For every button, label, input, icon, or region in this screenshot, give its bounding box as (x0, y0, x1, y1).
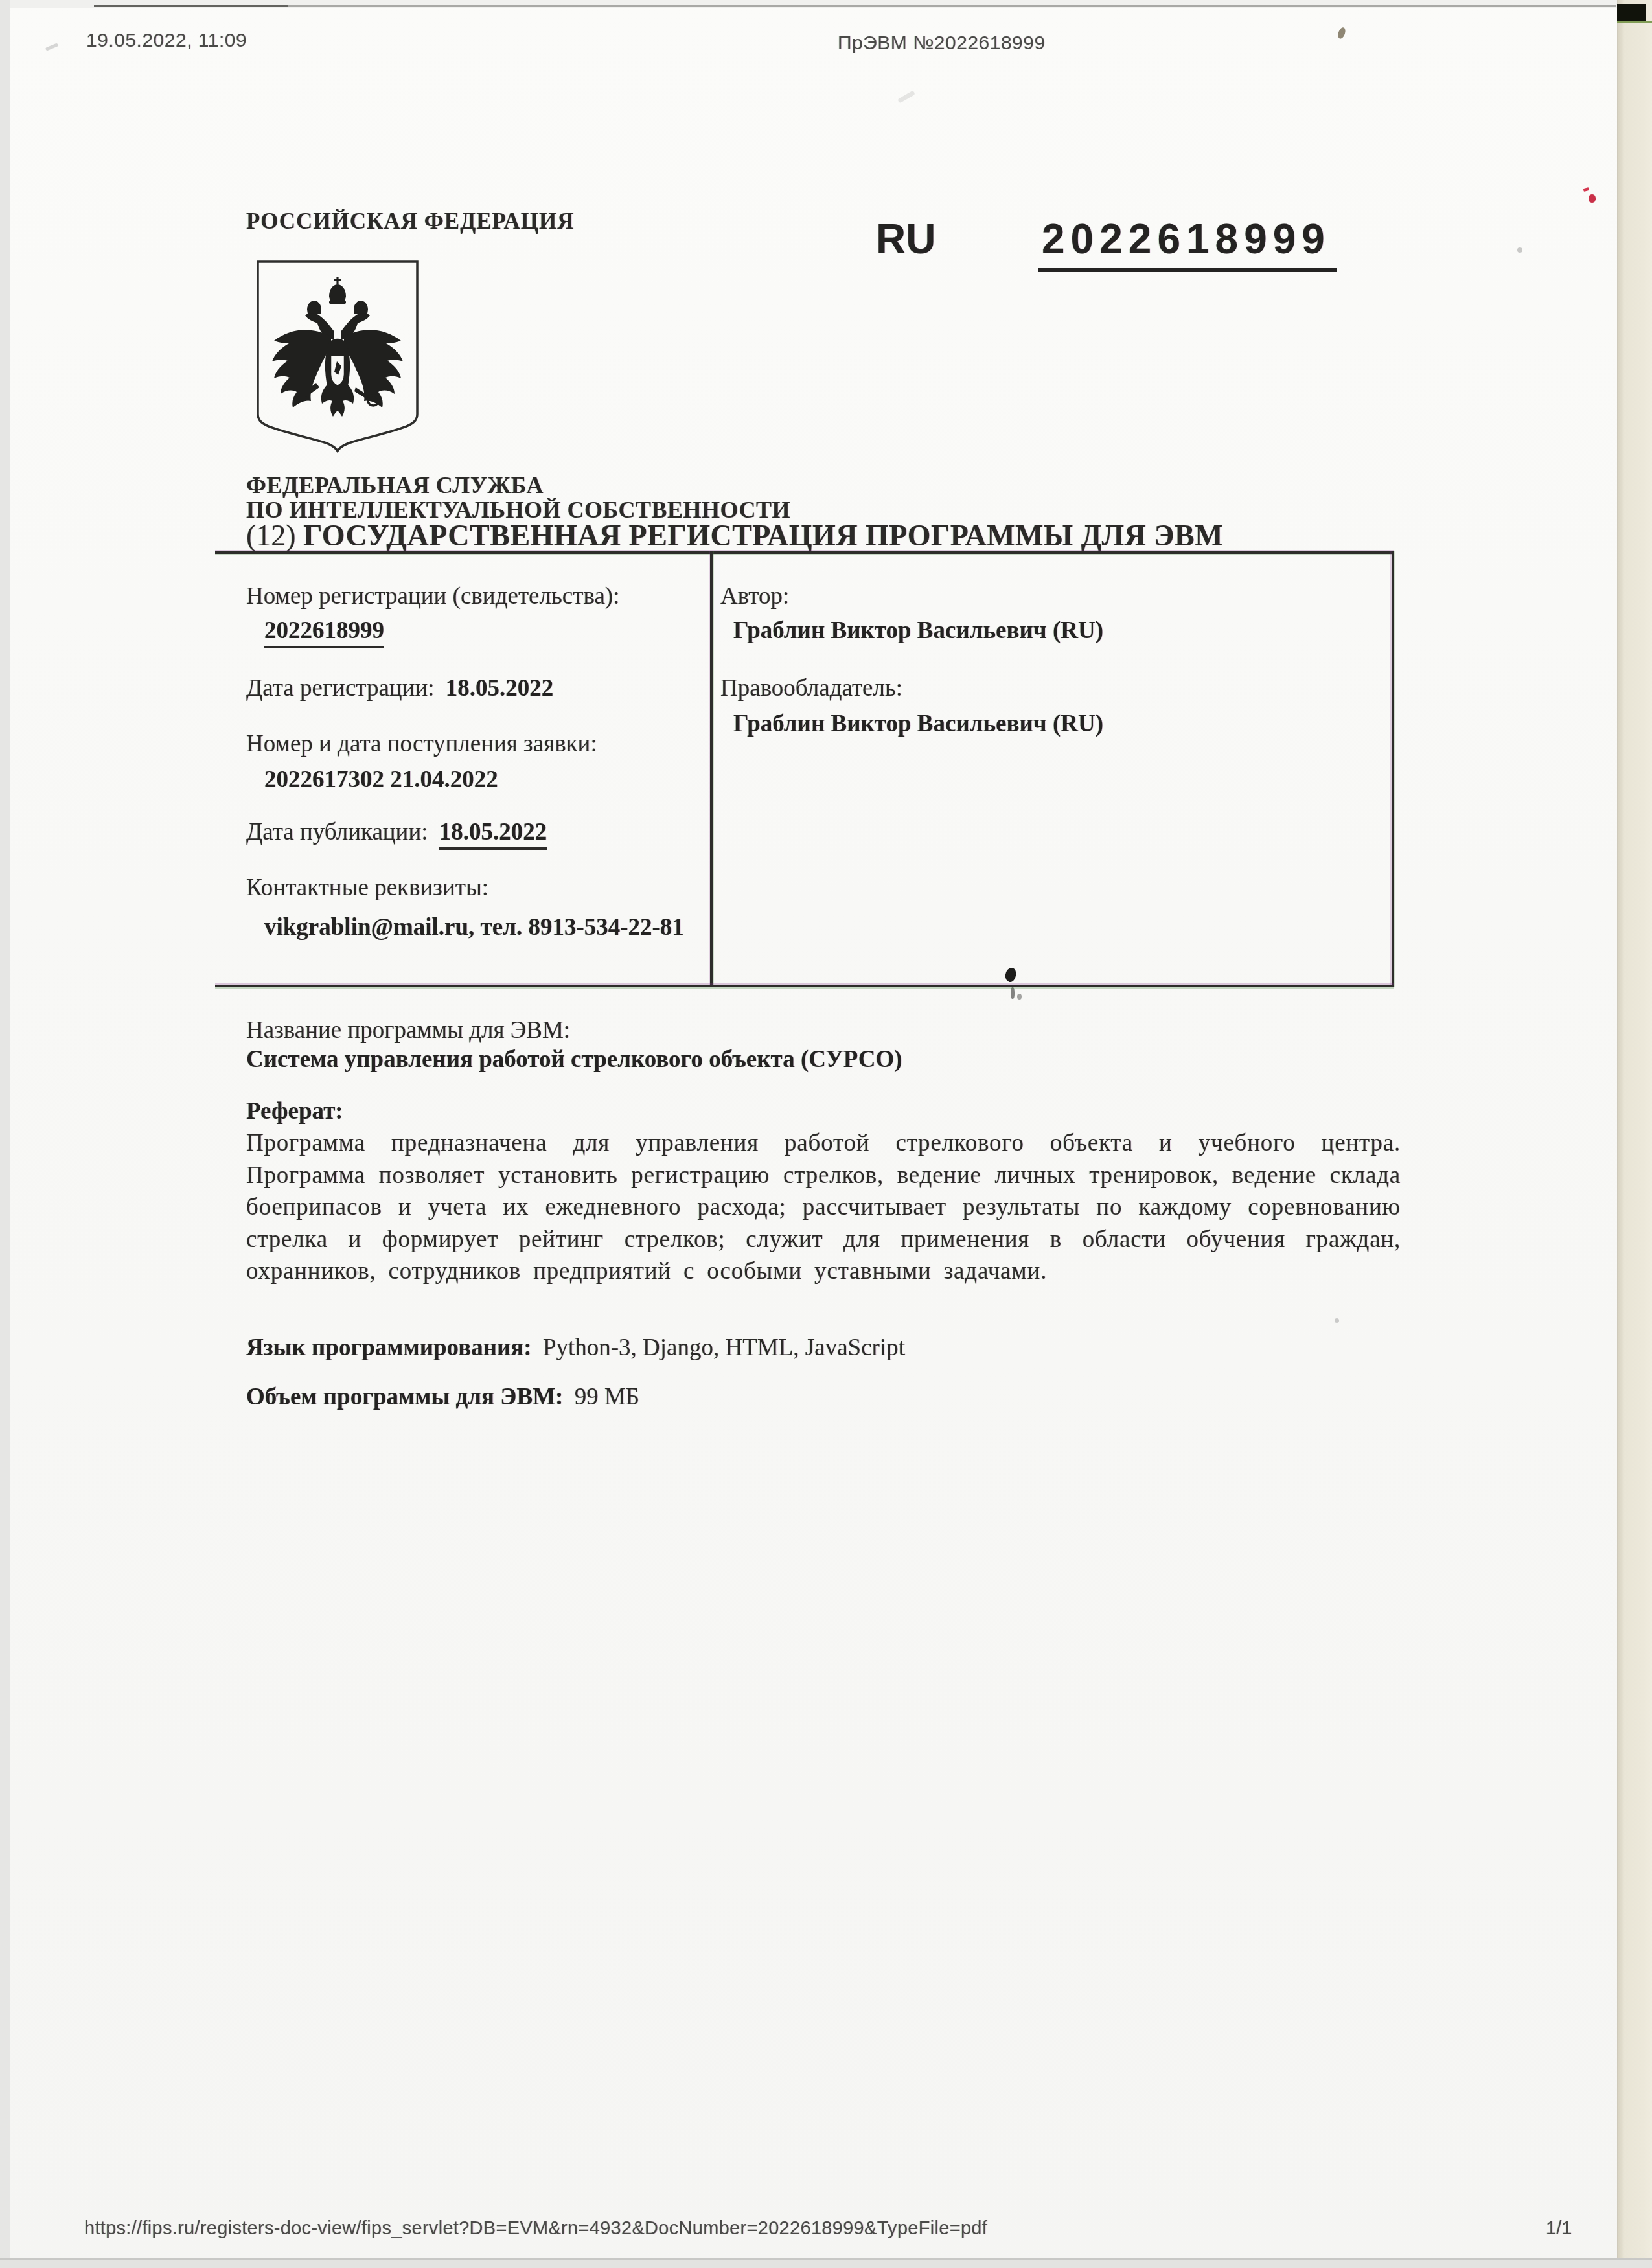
scan-speck (1017, 994, 1022, 1000)
double-headed-eagle-icon (253, 257, 422, 456)
reg-date-row: Дата регистрации: 18.05.2022 (246, 674, 553, 704)
abstract-label: Реферат: (246, 1097, 343, 1125)
language-row: Язык программирования: Python-3, Django,… (246, 1333, 905, 1363)
scan-right-edge-strip (1617, 0, 1652, 2268)
print-header-docref: ПрЭВМ №2022618999 (838, 32, 1046, 54)
pub-date-row: Дата публикации: 18.05.2022 (246, 818, 547, 847)
registration-number-heading: 2022618999 (1038, 215, 1337, 272)
ink-blot (1004, 967, 1017, 983)
scan-top-edge-line (94, 5, 1616, 7)
ink-blot-tail (1011, 987, 1015, 999)
language-value: Python-3, Django, HTML, JavaScript (543, 1334, 905, 1361)
scanner-corner-green-line (1617, 21, 1652, 23)
pub-date-label: Дата публикации: (246, 819, 428, 845)
scan-scratch (45, 43, 58, 51)
country-code: RU (876, 215, 935, 263)
holder-label: Правообладатель: (720, 674, 902, 704)
scan-bottom-edge (0, 2258, 1652, 2268)
contact-value: vikgrablin@mail.ru, тел. 8913-534-22-81 (264, 910, 711, 946)
red-pen-mark (1589, 194, 1596, 203)
country-title: РОССИЙСКАЯ ФЕДЕРАЦИЯ (246, 209, 575, 235)
scanner-corner-black-box (1617, 4, 1646, 21)
authority-name-line1: ФЕДЕРАЛЬНАЯ СЛУЖБА (246, 472, 544, 499)
scan-top-edge-line-dark (94, 5, 288, 7)
author-value: Граблин Виктор Васильевич (RU) (733, 617, 1103, 645)
reg-date-label: Дата регистрации: (246, 675, 435, 702)
holder-value: Граблин Виктор Васильевич (RU) (733, 710, 1103, 738)
size-value: 99 МБ (575, 1384, 639, 1410)
program-name-value: Система управления работой стрелкового о… (246, 1046, 902, 1073)
program-name-label: Название программы для ЭВМ: (246, 1016, 570, 1046)
registration-number-underlined: 2022618999 (1038, 215, 1337, 272)
abstract-text: Программа предназначена для управления р… (246, 1127, 1401, 1288)
reg-number-value-text: 2022618999 (264, 617, 384, 648)
language-label: Язык программирования: (246, 1334, 532, 1361)
scan-speck (1335, 1318, 1339, 1323)
pub-date-value: 18.05.2022 (439, 819, 547, 850)
scan-scratch (897, 90, 915, 103)
table-right-border (1392, 551, 1394, 987)
table-bottom-rule (215, 985, 1394, 987)
table-top-rule (215, 551, 1394, 554)
author-label: Автор: (720, 582, 789, 612)
print-footer-page-indicator: 1/1 (1546, 2218, 1572, 2239)
scanned-certificate-page: { "header": { "datetime": "19.05.2022, 1… (0, 0, 1652, 2268)
scan-speck (1517, 247, 1522, 253)
coat-of-arms-emblem (253, 257, 422, 456)
document-kind-title: (12) ГОСУДАРСТВЕННАЯ РЕГИСТРАЦИЯ ПРОГРАМ… (246, 518, 1223, 553)
contact-label: Контактные реквизиты: (246, 873, 488, 903)
application-value: 2022617302 21.04.2022 (264, 766, 498, 794)
reg-date-value: 18.05.2022 (446, 675, 554, 702)
size-label: Объем программы для ЭВМ: (246, 1384, 563, 1410)
application-label: Номер и дата поступления заявки: (246, 729, 597, 759)
document-kind-text: ГОСУДАРСТВЕННАЯ РЕГИСТРАЦИЯ ПРОГРАММЫ ДЛ… (303, 519, 1223, 552)
reg-number-label: Номер регистрации (свидетельства): (246, 582, 619, 612)
size-row: Объем программы для ЭВМ: 99 МБ (246, 1382, 639, 1412)
reg-number-value: 2022618999 (264, 617, 384, 645)
red-pen-mark (1583, 187, 1590, 192)
scan-speck (1337, 27, 1347, 40)
scan-left-edge (0, 0, 10, 2268)
document-kind-code: (12) (246, 519, 296, 552)
print-footer-url: https://fips.ru/registers-doc-view/fips_… (84, 2218, 987, 2239)
print-header-datetime: 19.05.2022, 11:09 (86, 30, 247, 52)
